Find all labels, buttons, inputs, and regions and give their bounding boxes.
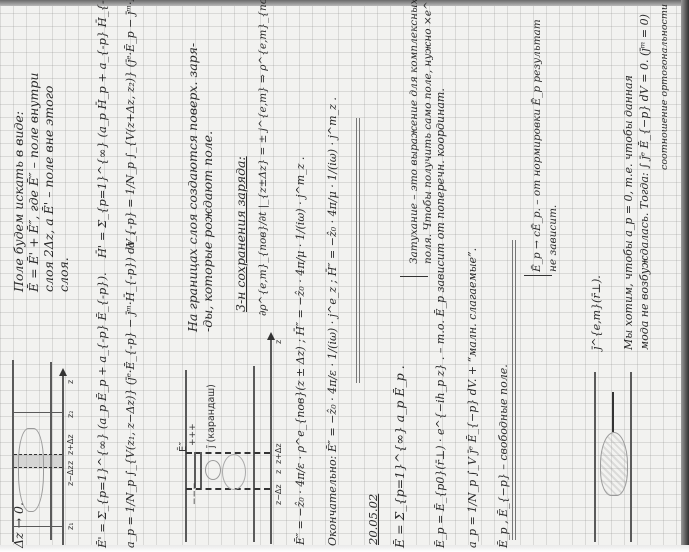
eq-charge-conservation: ∂ρ^{e,m}_{пов}/∂t |_{z±Δz} = ± j^{e,m} ⇒… <box>256 0 270 316</box>
line-layer-end: слоя. <box>57 257 71 292</box>
source-blob <box>600 432 628 496</box>
tick-label: z+Δz <box>66 434 75 455</box>
tick-label: z−Δz <box>66 465 75 486</box>
line-we-want: Мы хотим, чтобы a_p = 0, т.е. чтобы данн… <box>622 75 636 350</box>
eq-E-double-prime: Ē″ = −ẑ₀ · 4π/ε · ρ^e_{пов}(z ± Δz) ; H̄… <box>294 157 308 545</box>
current-label: j̄ (карандаш) <box>206 384 217 448</box>
line-boundary-charges: На границах слоя создаются поверх. заря- <box>186 43 200 332</box>
eq-H-prime: H̄' = Σ_{p=1}^{∞} (a_p H̄_p + a_{-p} H̄_… <box>95 0 109 258</box>
brace-note-1-line-1: Затухание – это выражение для комплексны… <box>407 0 421 264</box>
brace-note-2-line-2: не зависит. <box>546 205 560 272</box>
source-region <box>18 428 44 512</box>
line-field-form: Поле будем искать в виде: <box>12 111 26 292</box>
eq-E-prime: Ē' = Σ_{p=1}^{∞} (a_p Ē_p + a_{-p} Ē_{-p… <box>95 272 109 548</box>
line-field-sum: Ē = Ē' + Ē″, где Ē″ – поле внутри <box>27 73 41 292</box>
wavy-current <box>612 392 614 432</box>
eq-final: Окончательно: Ē″ = −ẑ₀ · 4π/ε · 1/(iω) ·… <box>326 97 340 546</box>
brace-1 <box>400 276 428 277</box>
eq-E-expansion: Ē = Σ_{p=1}^{∞} a_p Ē_p . <box>393 365 407 548</box>
eq-current-density: j̄^{e,m}(r̄⊥). <box>590 275 604 350</box>
line-layer: слоя 2Δz, а Ē' – поле вне этого <box>42 86 56 292</box>
layer-top-dashed <box>186 452 270 454</box>
date-heading: 20.05.02 <box>366 494 380 545</box>
eq-a-p: a_p = 1/N_p ∫_{V(z₁, z−Δz)} (j̄ᵉ·Ē_{-p} … <box>124 232 138 548</box>
tick-line <box>14 526 62 527</box>
tick-label: z−Δz <box>274 484 283 505</box>
waveguide-wall <box>50 362 52 540</box>
waveguide-wall <box>185 370 187 542</box>
brace-2 <box>524 275 552 276</box>
line-then: мода не возбуждалась. Тогда: ∫ j̄ᵉ Ē_{−p… <box>638 14 652 350</box>
double-underline <box>356 118 360 383</box>
eq-E-p: Ē_p = Ē_{p0}(r̄⊥) · e^{−ih_p z} . – т.о.… <box>434 88 448 548</box>
tick-label: z₂ <box>66 411 75 418</box>
eq-a-p-final: a_p = 1/N_p ∫_V j̄ᵉ Ē_{−p} dV. + “малн. … <box>466 248 480 548</box>
eq-a-minus-p: a_{-p} = 1/N_p ∫_{V(z+Δz, z₂)} (j̄ᵉ·Ē_p … <box>124 0 138 248</box>
tick-label: z <box>66 461 75 465</box>
arrow-icon <box>59 368 67 376</box>
vertical-rule <box>512 240 516 540</box>
page-right-edge <box>681 0 689 552</box>
line-orthogonality: соотношение ортогональности <box>658 4 672 170</box>
arrow-icon <box>267 332 275 340</box>
waveguide-wall <box>630 372 632 542</box>
field-label: Ē″ <box>178 442 189 452</box>
tick-label: z <box>274 470 283 474</box>
minus-charges: −−− <box>190 482 200 505</box>
current-stream <box>222 454 246 490</box>
plus-charges: +++ <box>188 423 198 446</box>
z-axis <box>62 375 64 545</box>
waveguide-wall <box>12 360 14 542</box>
axis-label: z <box>274 340 283 344</box>
heading-charge-conservation: 3-н сохранения заряда: <box>234 156 248 312</box>
tick-line <box>14 412 62 413</box>
current-loop <box>205 460 221 480</box>
waveguide-wall <box>594 372 596 542</box>
line-charges-field: -ды, которые рождают поле. <box>201 131 215 332</box>
z-axis <box>270 338 272 544</box>
field-arrow-line <box>200 452 202 488</box>
tick-label: z+Δz <box>274 443 283 464</box>
brace-note-1-line-2: поля. Чтобы получить само поле, нужно ×e… <box>421 0 435 264</box>
axis-label: z <box>66 380 75 384</box>
notebook-page: Δz → 0. Поле будем искать в виде: Ē = Ē'… <box>0 0 689 552</box>
waveguide-wall <box>253 366 255 542</box>
brace-note-2-line-1: Ē_p → cĒ_p. – от нормировки Ē_p результа… <box>530 19 544 272</box>
tick-label: z₁ <box>66 523 75 530</box>
line-free-field: Ē_p , Ē_{−p} – свободные поле. <box>497 364 511 548</box>
